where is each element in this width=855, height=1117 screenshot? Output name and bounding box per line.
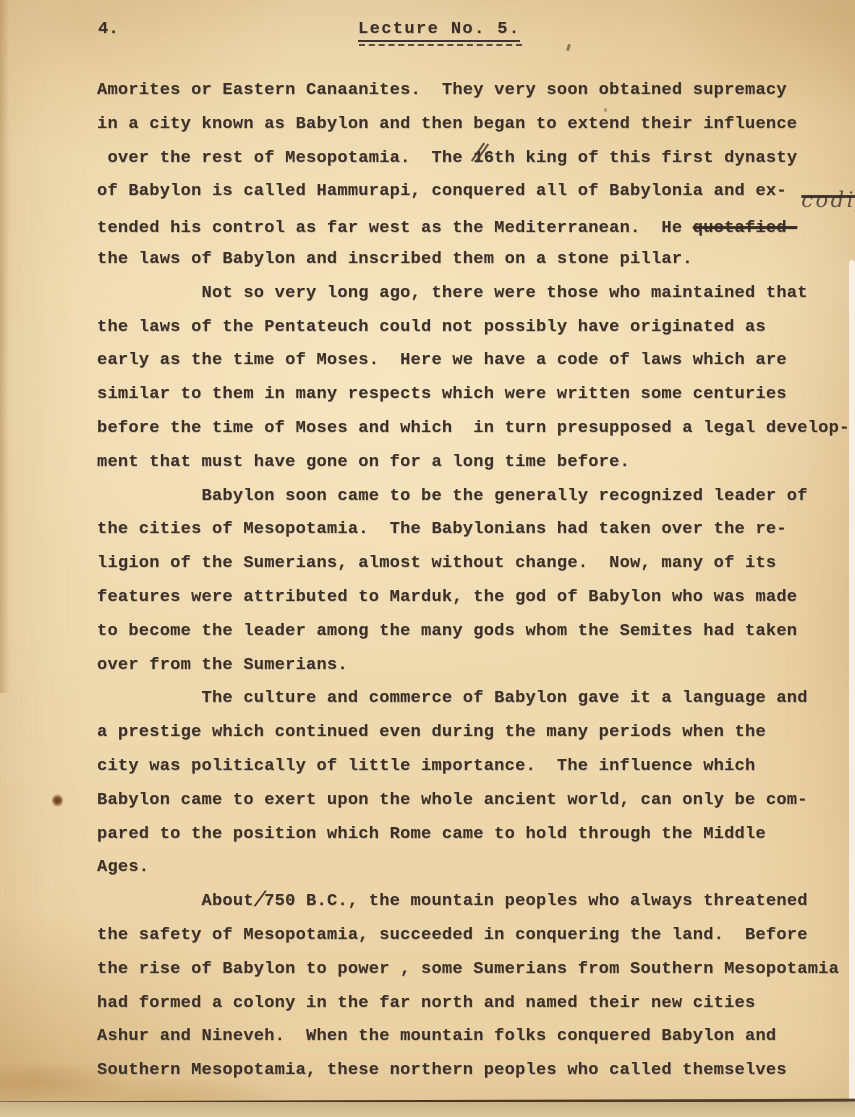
typed-line: in a city known as Babylon and then bega… (97, 108, 855, 142)
typed-line: Babylon came to exert upon the whole anc… (97, 784, 855, 818)
typed-line: over the rest of Mesopotamia. The 16th k… (97, 142, 855, 176)
paper-corner-stain (0, 1022, 300, 1102)
typed-line: the cities of Mesopotamia. The Babylonia… (97, 513, 855, 547)
typed-line: similar to them in many respects which w… (97, 378, 855, 412)
typed-text: Amorites or Eastern Canaanites. They ver… (97, 74, 855, 1088)
typed-line: pared to the position which Rome came to… (97, 818, 855, 852)
page-title-text: Lecture No. 5. (358, 20, 520, 42)
typed-line: Not so very long ago, there were those w… (97, 277, 855, 311)
handwritten-annotation: codified (801, 188, 855, 212)
typed-line: the laws of Babylon and inscribed them o… (97, 243, 855, 277)
typed-line: a prestige which continued even during t… (97, 716, 855, 750)
ink-speck (566, 44, 571, 52)
typed-line: About/750 B.C., the mountain peoples who… (97, 885, 855, 919)
typed-line: before the time of Moses and which in tu… (97, 412, 855, 446)
underlying-page (0, 1102, 855, 1117)
typed-line: ment that must have gone on for a long t… (97, 446, 855, 480)
typed-line: tended his control as far west as the Me… (97, 209, 855, 243)
typed-line: the laws of the Pentateuch could not pos… (97, 311, 855, 345)
paper-page: 4. Lecture No. 5. Amorites or Eastern Ca… (0, 0, 855, 1117)
typed-line: the safety of Mesopotamia, succeeded in … (97, 919, 855, 953)
typed-line: of Babylon is called Hammurapi, conquere… (97, 175, 855, 209)
typed-line: city was politically of little importanc… (97, 750, 855, 784)
typed-line: to become the leader among the many gods… (97, 615, 855, 649)
typed-line: over from the Sumerians. (97, 649, 855, 683)
typed-line: the rise of Babylon to power , some Sume… (97, 953, 855, 987)
slashed-text: 1 (473, 142, 483, 176)
page-number: 4. (98, 20, 119, 39)
paper-stain-dot (52, 794, 63, 807)
page-title: Lecture No. 5. (358, 20, 520, 42)
typed-line: ligion of the Sumerians, almost without … (97, 547, 855, 581)
typed-line: features were attributed to Marduk, the … (97, 581, 855, 615)
typed-line: early as the time of Moses. Here we have… (97, 344, 855, 378)
paper-left-edge-shadow (0, 0, 9, 693)
typed-line: had formed a colony in the far north and… (97, 987, 855, 1021)
typed-line: Amorites or Eastern Canaanites. They ver… (97, 74, 855, 108)
typed-line: The culture and commerce of Babylon gave… (97, 682, 855, 716)
typed-line: Ages. (97, 851, 855, 885)
typed-line: Babylon soon came to be the generally re… (97, 480, 855, 514)
strike-text: quotafied-codified (693, 219, 855, 238)
